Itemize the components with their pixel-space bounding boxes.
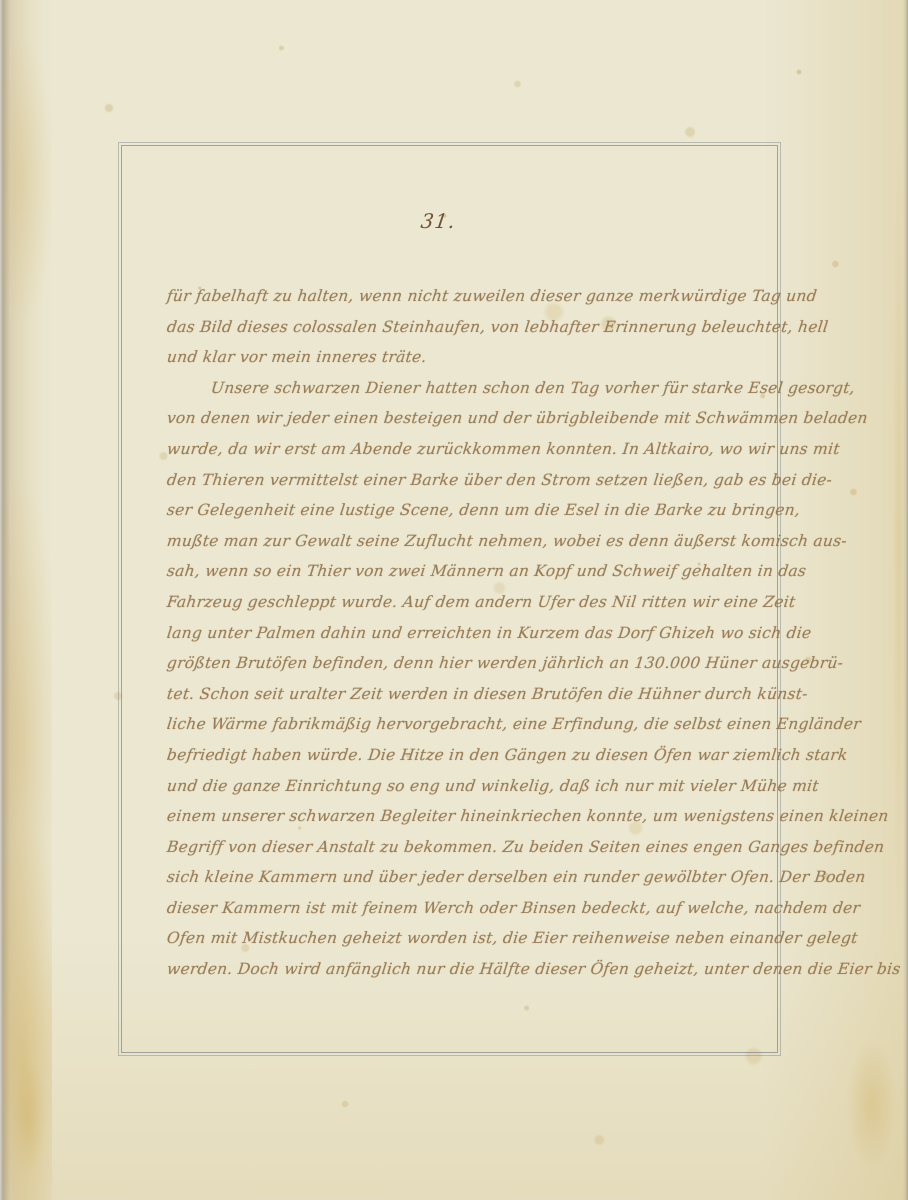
manuscript-line: und klar vor mein inneres träte. <box>165 342 797 373</box>
manuscript-line: sich kleine Kammern und über jeder derse… <box>165 862 797 893</box>
handwritten-text-block: für fabelhaft zu halten, wenn nicht zuwe… <box>167 281 795 985</box>
manuscript-line: werden. Doch wird anfänglich nur die Häl… <box>165 954 797 985</box>
manuscript-line: einem unserer schwarzen Begleiter hinein… <box>165 801 797 832</box>
manuscript-line: den Thieren vermittelst einer Barke über… <box>165 465 797 496</box>
manuscript-line: und die ganze Einrichtung so eng und win… <box>165 771 797 802</box>
manuscript-line: Begriff von dieser Anstalt zu bekommen. … <box>165 832 797 863</box>
manuscript-page: 31. für fabelhaft zu halten, wenn nicht … <box>0 0 908 1200</box>
page-right-edge <box>903 0 908 1200</box>
manuscript-line: Fahrzeug geschleppt wurde. Auf dem ander… <box>165 587 797 618</box>
manuscript-line: dieser Kammern ist mit feinem Werch oder… <box>165 893 797 924</box>
manuscript-line: sah, wenn so ein Thier von zwei Männern … <box>165 556 797 587</box>
manuscript-line: für fabelhaft zu halten, wenn nicht zuwe… <box>165 281 797 312</box>
manuscript-line: lang unter Palmen dahin und erreichten i… <box>165 618 797 649</box>
manuscript-line: tet. Schon seit uralter Zeit werden in d… <box>165 679 797 710</box>
manuscript-line: liche Wärme fabrikmäßig hervorgebracht, … <box>165 709 797 740</box>
left-margin-stain <box>4 0 52 1200</box>
manuscript-line: Ofen mit Mistkuchen geheizt worden ist, … <box>165 923 797 954</box>
manuscript-line: von denen wir jeder einen besteigen und … <box>165 403 797 434</box>
manuscript-line: größten Brutöfen befinden, denn hier wer… <box>165 648 797 679</box>
manuscript-line: das Bild dieses colossalen Steinhaufen, … <box>165 312 797 343</box>
page-number: 31. <box>419 209 457 233</box>
manuscript-line: befriedigt haben würde. Die Hitze in den… <box>165 740 797 771</box>
manuscript-line: Unsere schwarzen Diener hatten schon den… <box>165 373 797 404</box>
manuscript-line: wurde, da wir erst am Abende zurückkomme… <box>165 434 797 465</box>
manuscript-line: ser Gelegenheit eine lustige Scene, denn… <box>165 495 797 526</box>
manuscript-line: mußte man zur Gewalt seine Zuflucht nehm… <box>165 526 797 557</box>
